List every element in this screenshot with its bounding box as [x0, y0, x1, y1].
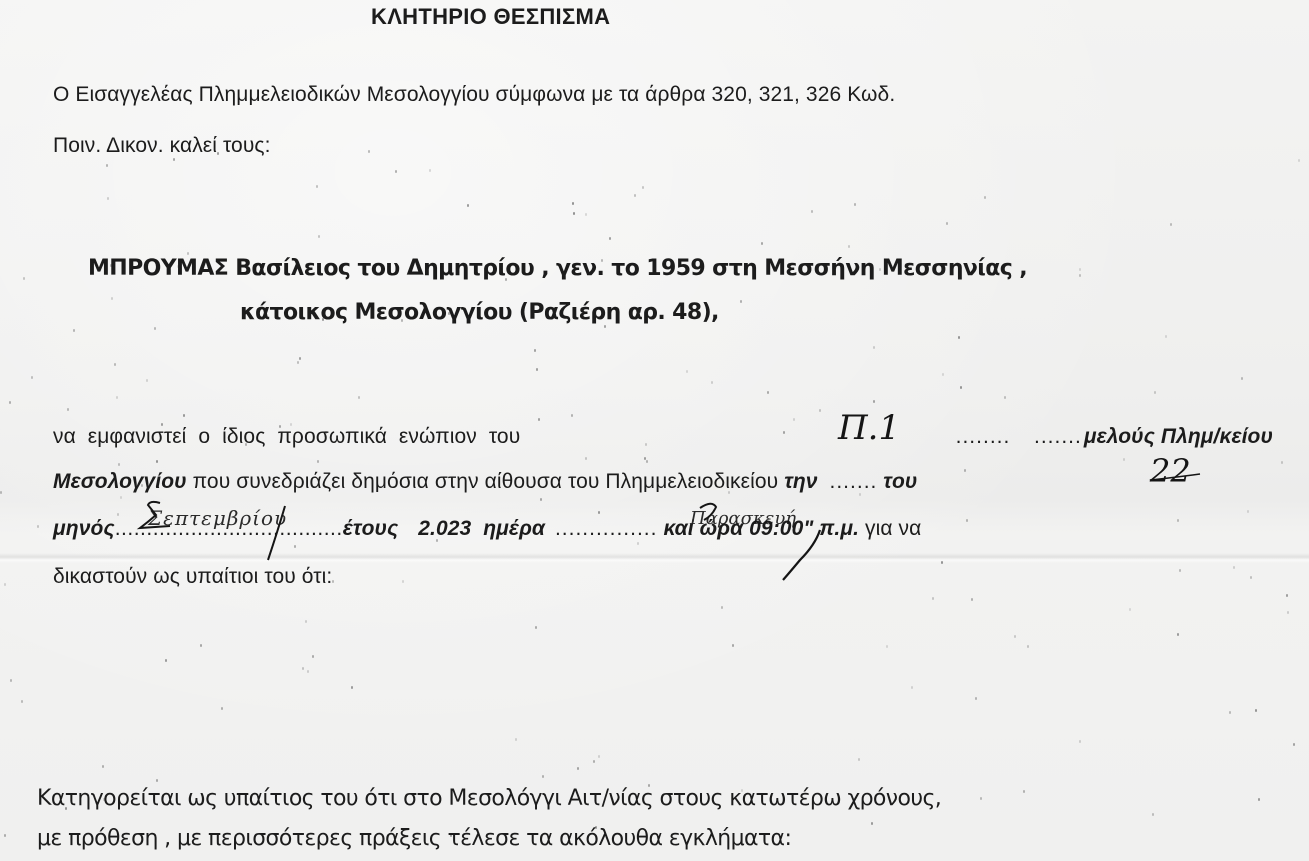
- summons-line-4: δικαστούν ως υπαίτιοι του ότι:: [53, 565, 332, 589]
- handwriting-strokes: [0, 0, 1309, 861]
- charge-line-1: Κατηγορείται ως υπαίτιος του ότι στο Μεσ…: [37, 786, 941, 811]
- charge-line-2: με πρόθεση , με περισσότερες πράξεις τέλ…: [37, 826, 791, 851]
